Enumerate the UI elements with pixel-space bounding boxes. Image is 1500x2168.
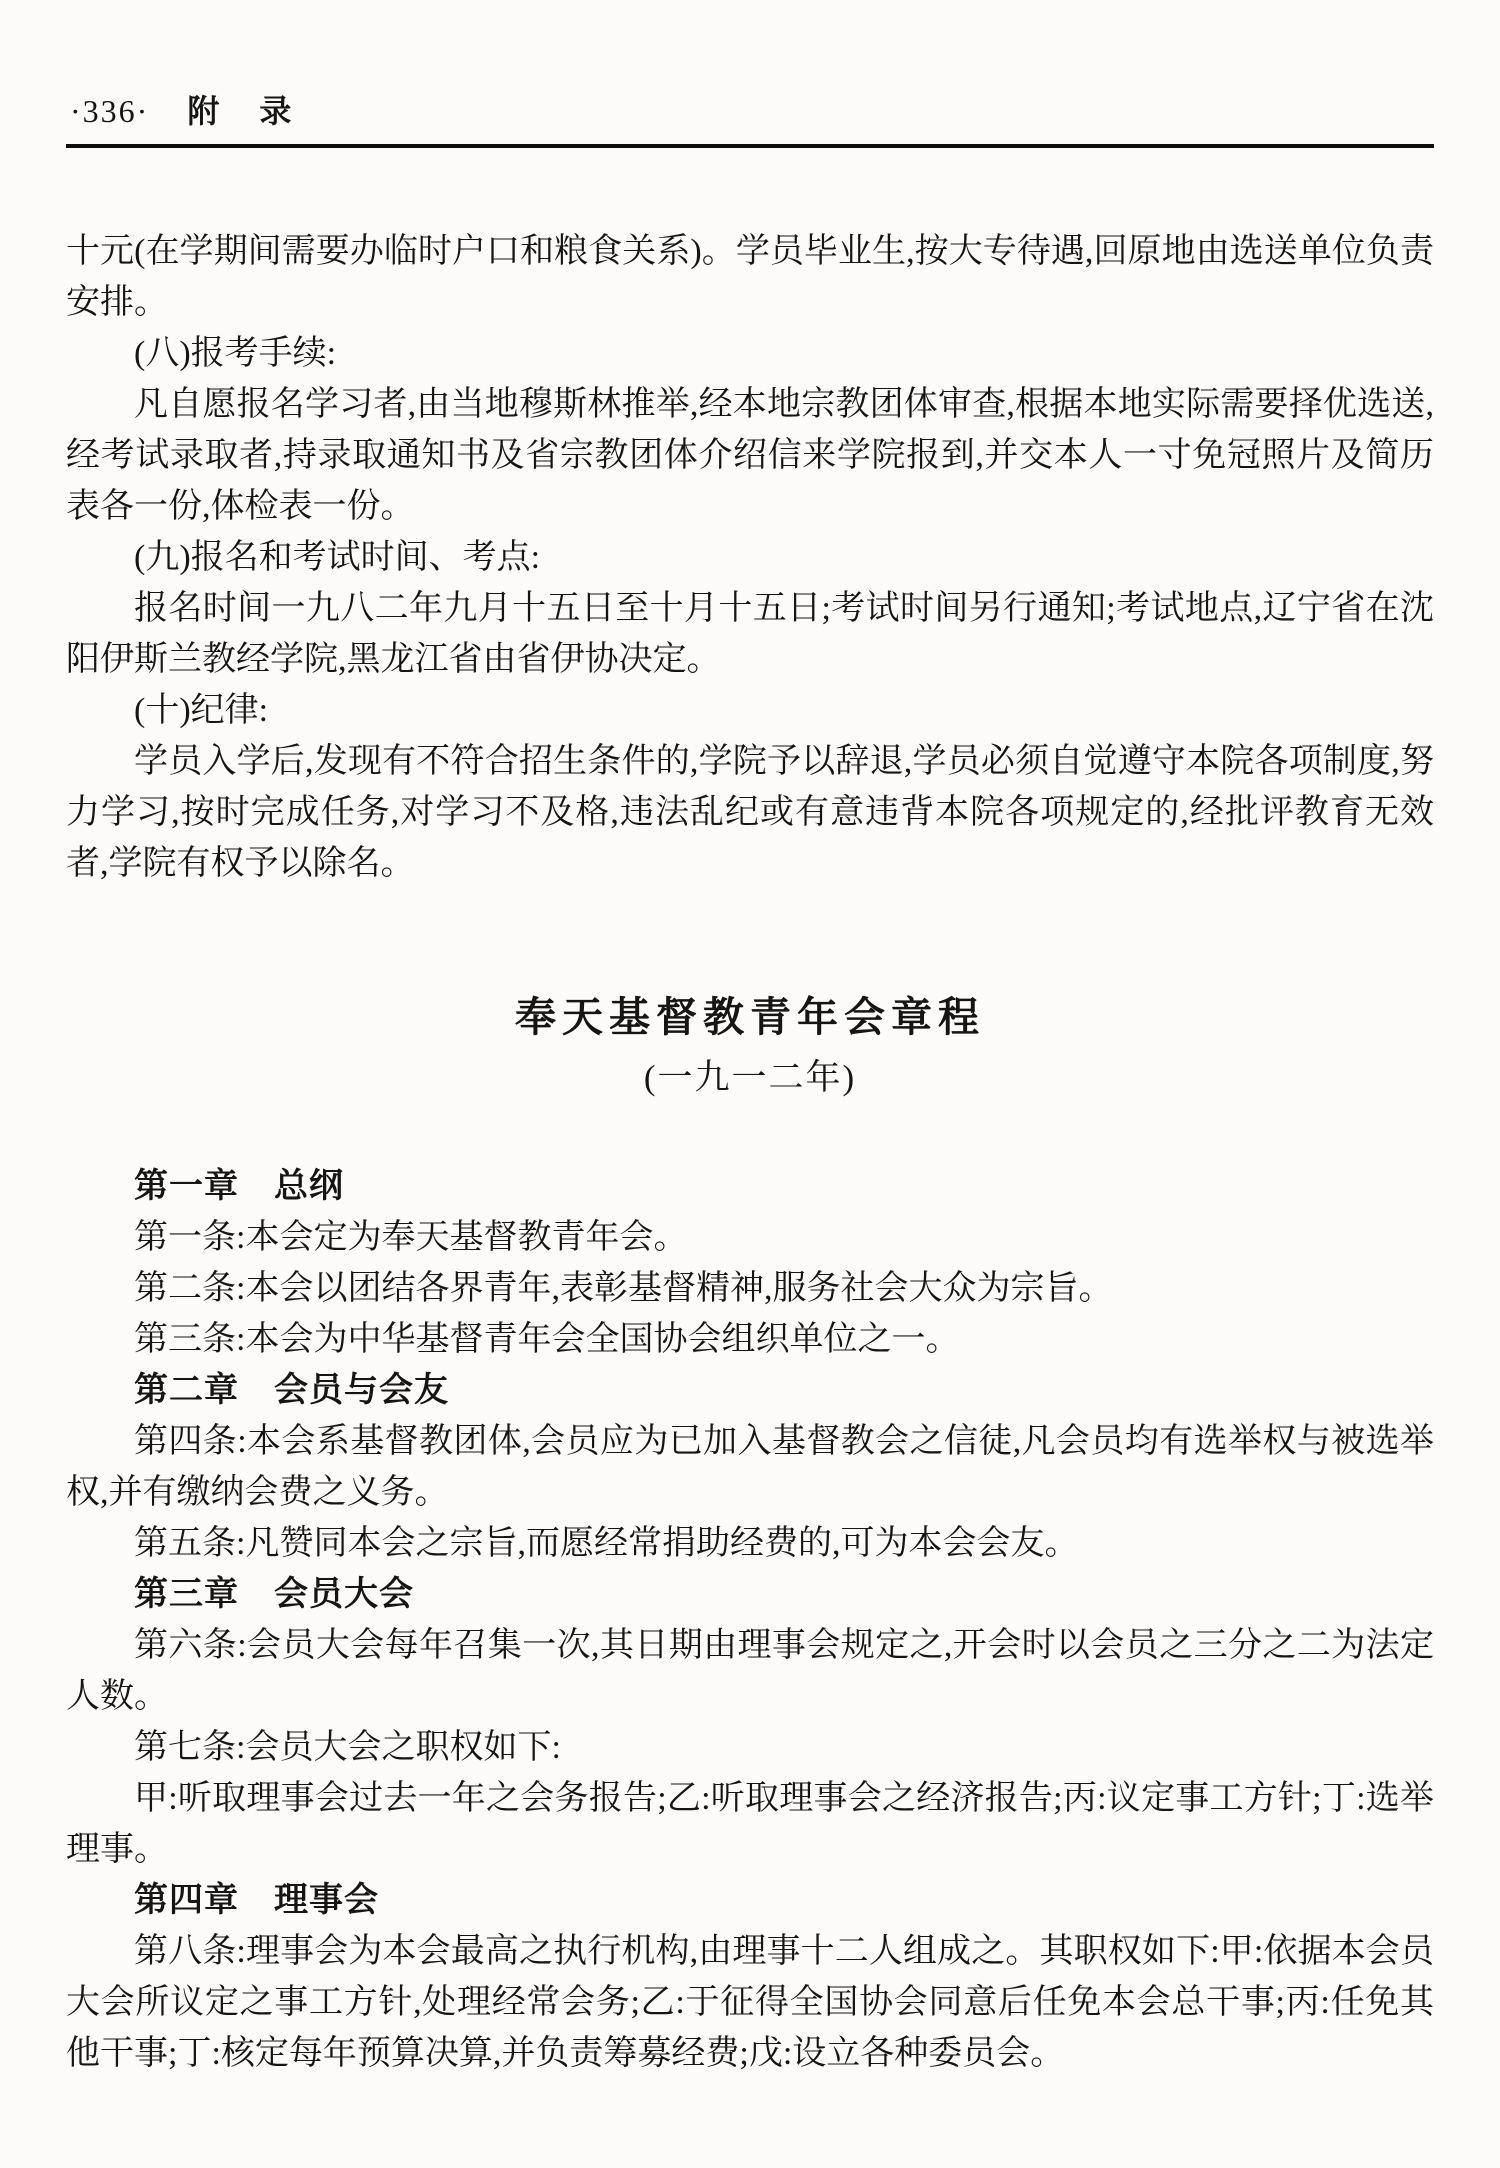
charter-article: 第三条:本会为中华基督青年会全国协会组织单位之一。 [66, 1314, 1434, 1365]
intro-paragraph: 学员入学后,发现有不符合招生条件的,学院予以辞退,学员必须自觉遵守本院各项制度,… [66, 736, 1434, 889]
page-number: ·336· [70, 93, 149, 130]
charter-body: 第一章 总纲 第一条:本会定为奉天基督教青年会。 第二条:本会以团结各界青年,表… [66, 1161, 1434, 2079]
chapter-heading: 第四章 理事会 [66, 1875, 1434, 1926]
book-page: ·336· 附 录 十元(在学期间需要办临时户口和粮食关系)。学员毕业生,按大专… [0, 0, 1500, 2168]
chapter-heading: 第二章 会员与会友 [66, 1365, 1434, 1416]
intro-paragraph: (八)报考手续: [66, 328, 1434, 379]
intro-paragraph: 凡自愿报名学习者,由当地穆斯林推举,经本地宗教团体审查,根据本地实际需要择优选送… [66, 379, 1434, 532]
intro-paragraph: (九)报名和考试时间、考点: [66, 532, 1434, 583]
section-title: 附 录 [187, 86, 295, 132]
charter-article: 第四条:本会系基督教团体,会员应为已加入基督教会之信徒,凡会员均有选举权与被选举… [66, 1416, 1434, 1518]
chapter-heading: 第一章 总纲 [66, 1161, 1434, 1212]
charter-article: 第二条:本会以团结各界青年,表彰基督精神,服务社会大众为宗旨。 [66, 1263, 1434, 1314]
charter-year: (一九一二年) [66, 1047, 1434, 1109]
page-header: ·336· 附 录 [66, 86, 1434, 148]
intro-paragraph: 十元(在学期间需要办临时户口和粮食关系)。学员毕业生,按大专待遇,回原地由选送单… [66, 226, 1434, 328]
charter-article: 第七条:会员大会之职权如下: [66, 1722, 1434, 1773]
intro-paragraph: (十)纪律: [66, 685, 1434, 736]
charter-article: 第六条:会员大会每年召集一次,其日期由理事会规定之,开会时以会员之三分之二为法定… [66, 1620, 1434, 1722]
chapter-heading: 第三章 会员大会 [66, 1569, 1434, 1620]
charter-title: 奉天基督教青年会章程 [66, 987, 1434, 1047]
charter-article: 第一条:本会定为奉天基督教青年会。 [66, 1212, 1434, 1263]
charter-article: 第五条:凡赞同本会之宗旨,而愿经常捐助经费的,可为本会会友。 [66, 1518, 1434, 1569]
intro-text-block: 十元(在学期间需要办临时户口和粮食关系)。学员毕业生,按大专待遇,回原地由选送单… [66, 226, 1434, 889]
intro-paragraph: 报名时间一九八二年九月十五日至十月十五日;考试时间另行通知;考试地点,辽宁省在沈… [66, 583, 1434, 685]
charter-article: 第八条:理事会为本会最高之执行机构,由理事十二人组成之。其职权如下:甲:依据本会… [66, 1926, 1434, 2079]
charter-article: 甲:听取理事会过去一年之会务报告;乙:听取理事会之经济报告;丙:议定事工方针;丁… [66, 1773, 1434, 1875]
